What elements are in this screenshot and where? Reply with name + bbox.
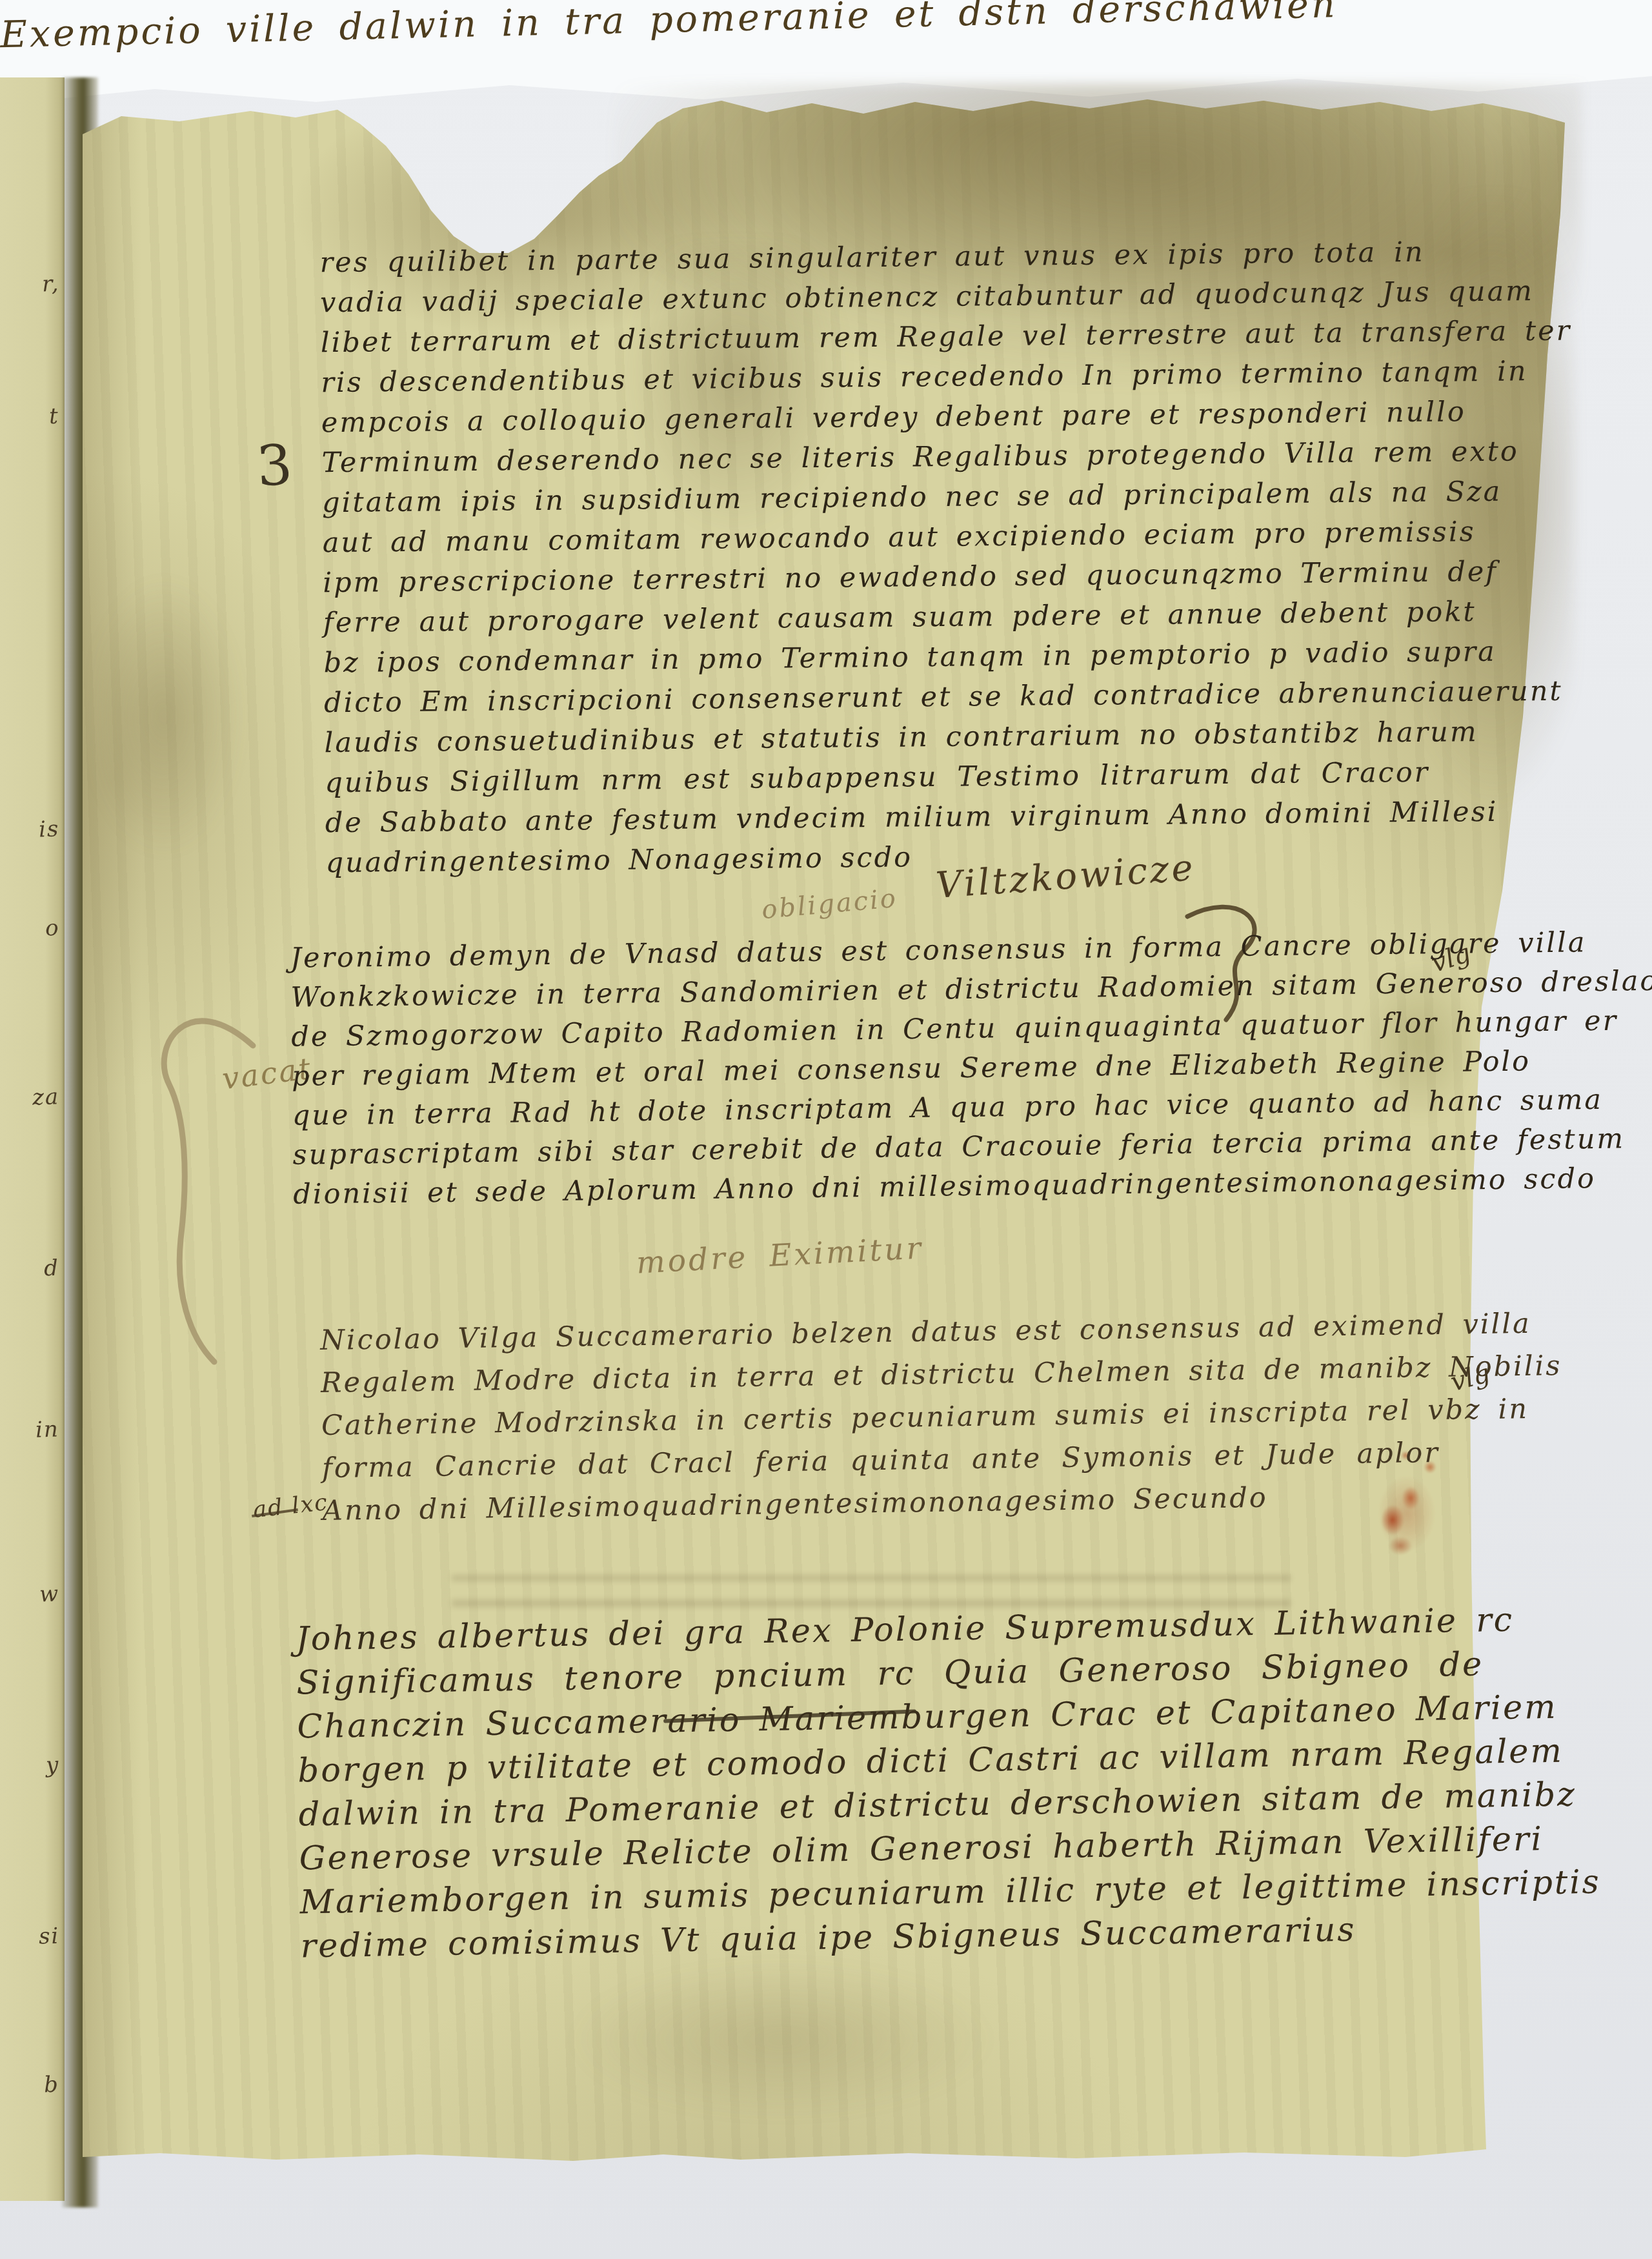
previous-leaf-text-fragment: y xyxy=(45,1752,60,1779)
entry4-text-block: Johnes albertus dei gra Rex Polonie Supr… xyxy=(296,1599,1488,1969)
folio-number: 3 xyxy=(255,432,295,500)
previous-leaf-text-fragment: w xyxy=(39,1581,59,1607)
previous-leaf-text-fragment: is xyxy=(38,816,60,842)
previous-leaf-text-fragment: b xyxy=(44,2072,60,2098)
entry2-text-block: Jeronimo demyn de Vnasd datus est consen… xyxy=(290,925,1435,1215)
previous-leaf-text-fragment: t xyxy=(49,403,60,430)
entry3-text-block: Nicolao Vilga Succamerario belzen datus … xyxy=(320,1304,1440,1532)
previous-leaf-text-fragment: in xyxy=(35,1416,60,1443)
previous-leaf-text-fragment: o xyxy=(45,915,60,942)
previous-leaf-text-fragment: si xyxy=(38,1923,60,1949)
entry1-text-block: res quilibet in parte sua singulariter a… xyxy=(319,232,1430,883)
previous-leaf-text-fragment: r, xyxy=(41,271,60,298)
previous-leaf-text-fragment: d xyxy=(44,1255,60,1282)
previous-leaf-text-fragment: za xyxy=(32,1084,60,1110)
previous-leaf-edge: r,tisozadinwysib xyxy=(0,77,65,2201)
photograph-frame: r,tisozadinwysib 3 res quilibet in parte… xyxy=(0,0,1652,2259)
